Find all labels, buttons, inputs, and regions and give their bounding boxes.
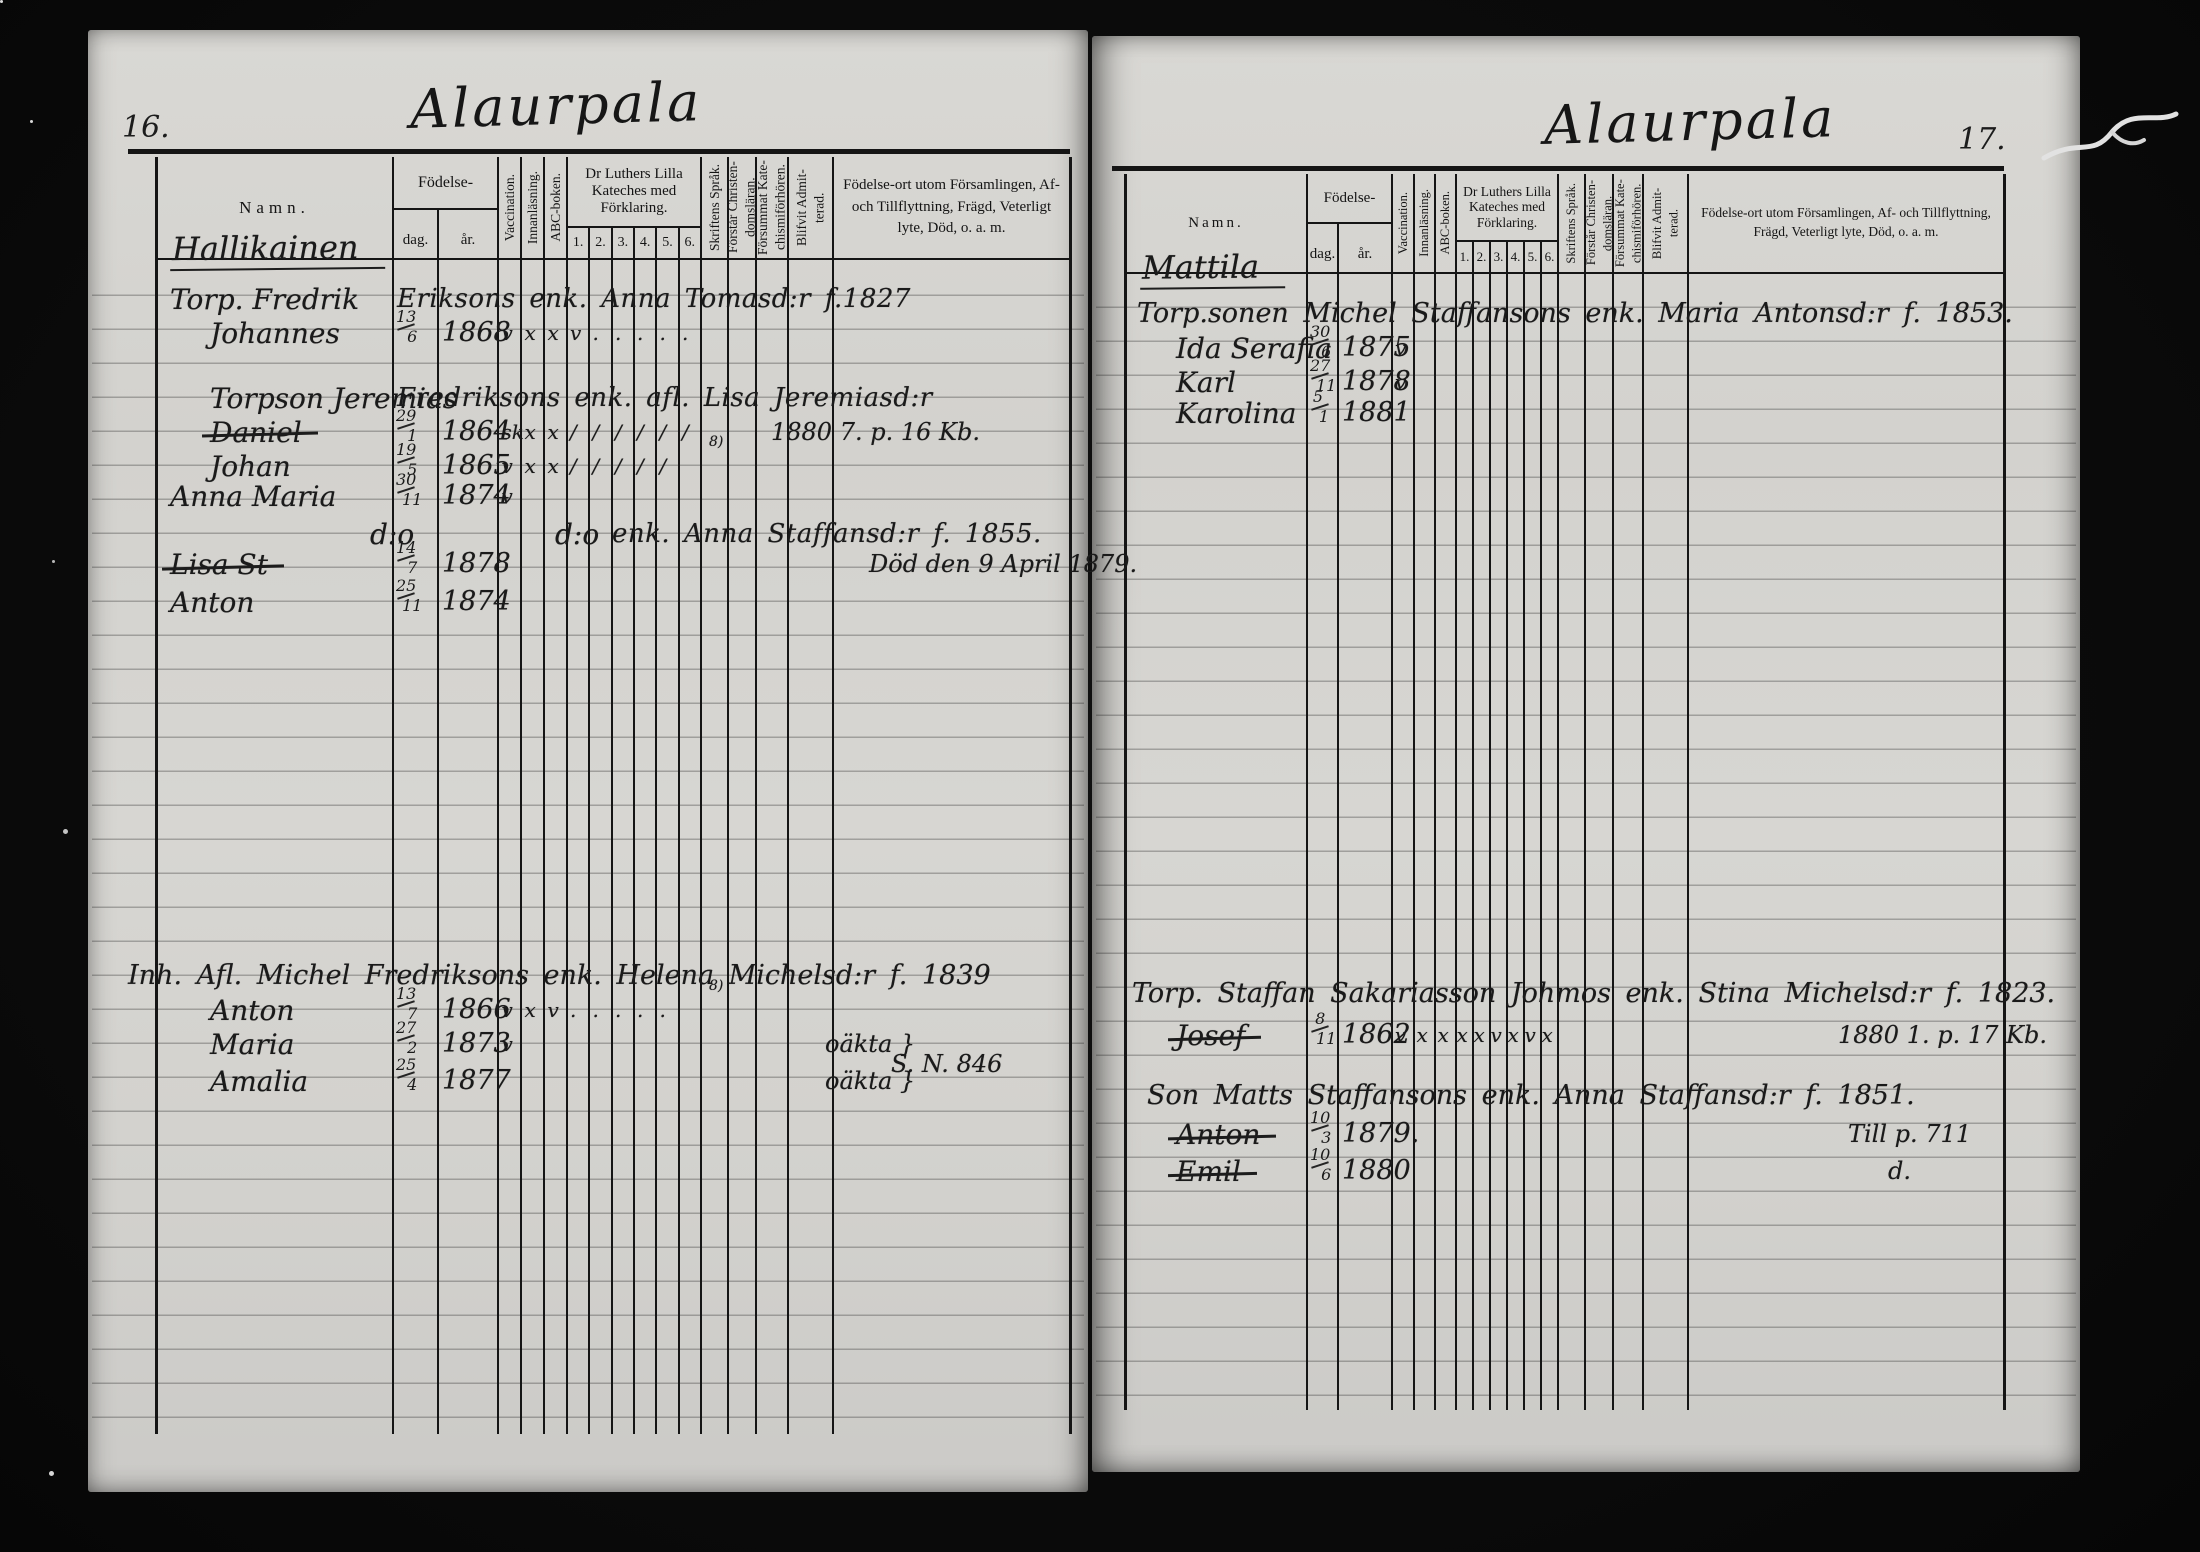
reading-mark: x [548, 454, 559, 478]
page-number-left: 16. [122, 110, 170, 145]
reading-mark: v [502, 998, 513, 1022]
month-denominator: 7 [402, 560, 422, 576]
vaccination-label: Vaccination. [501, 174, 519, 241]
birth-day-fraction: 51 [1313, 389, 1329, 425]
reading-mark: . [570, 998, 576, 1022]
col-header-blifvit-admitterad: Blifvit Admit-terad. [788, 157, 833, 258]
birth-day-fraction: 136 [399, 309, 419, 345]
household-head-span-text: Torp. Staffan Sakariasson Johmos enk. St… [1132, 978, 2055, 1009]
margin-note: Till p. 711 [1848, 1120, 1971, 1148]
column-line [727, 157, 729, 1434]
column-line [2003, 174, 2006, 1410]
person-name: Johan [210, 450, 291, 483]
day-numerator: 25 [396, 578, 416, 594]
col-header-abc-boken: ABC-boken. [1435, 174, 1456, 272]
reading-mark: sk [502, 420, 524, 444]
village-title-left: Alaurpala [409, 70, 703, 141]
reading-mark: . [615, 998, 621, 1022]
column-line [1124, 174, 1127, 1410]
birth-day-fraction: 811 [1313, 1011, 1333, 1047]
reading-mark: / [637, 420, 644, 444]
kateches-col-3: 3. [1490, 240, 1507, 272]
footnote-mark: 8) [709, 978, 723, 994]
reading-mark: x [1542, 1023, 1553, 1047]
birth-year: 1866 [442, 994, 511, 1025]
ruled-lines [1096, 274, 2076, 1414]
household-head-span-text: Son Matts Staffansons enk. Anna Staffans… [1147, 1080, 1915, 1111]
kateches-subcolumns: 1. 2. 3. 4. 5. 6. [567, 226, 701, 258]
day-numerator: 27 [396, 1020, 416, 1036]
column-line [543, 157, 545, 1434]
birth-day-fraction: 103 [1313, 1110, 1333, 1146]
col-header-blifvit-admitterad: Blifvit Admit-terad. [1643, 174, 1688, 272]
reading-mark: . [637, 321, 643, 345]
col-header-forstar-christendomslaran: Förstår Christen-domsläran. [1585, 174, 1613, 272]
kateches-col-4: 4. [634, 226, 656, 258]
kateches-col-5: 5. [656, 226, 678, 258]
column-line [1455, 174, 1457, 1410]
birth-day-fraction: 137 [399, 986, 419, 1022]
spouse-span-text: Eriksons enk. Anna Tomasd:r f.1827 [397, 284, 911, 314]
column-line [1434, 174, 1436, 1410]
blifvit-label: Blifvit Admit-terad. [793, 159, 828, 256]
reading-mark: . [682, 321, 688, 345]
margin-note: d. [1888, 1157, 1911, 1185]
reading-mark: v [502, 321, 513, 345]
reading-mark: / [570, 420, 577, 444]
column-line-kateches [1506, 240, 1508, 1410]
col-header-forstar-christendomslaran: Förstår Christen-domsläran. [728, 157, 756, 258]
ditto-mark: d:o [555, 518, 599, 551]
reading-mark: v [502, 484, 513, 508]
person-name: Johannes [210, 317, 340, 350]
col-header-kateches: Dr Luthers Lilla Kateches med Förklaring… [567, 157, 701, 226]
column-line [1687, 174, 1689, 1410]
col-header-innanlasning: Innanläsning. [521, 157, 544, 258]
ledger-page-left: 16. Alaurpala Namn. Födelse- dag. år. Va… [88, 30, 1088, 1492]
person-name: Ida Serafia [1176, 332, 1332, 365]
kateches-col-2: 2. [589, 226, 611, 258]
skriftens-sprak-label: Skriftens Språk. [706, 164, 724, 251]
reading-mark: / [615, 454, 622, 478]
page-number-right: 17. [1958, 122, 2006, 157]
column-line [1642, 174, 1644, 1410]
birth-day-fraction: 272 [399, 1020, 419, 1056]
day-numerator: 13 [396, 986, 416, 1002]
reading-mark: v [548, 998, 559, 1022]
column-line [1584, 174, 1586, 1410]
person-name: Josef [1176, 1019, 1245, 1052]
reading-mark: . [593, 321, 599, 345]
forsummat-label: Försummat Kate-chismiförhören. [1613, 176, 1643, 270]
reading-mark: v [570, 321, 581, 345]
column-line [700, 157, 702, 1434]
dust-specks [0, 0, 3, 3]
birth-year: 1873 [442, 1028, 511, 1059]
month-denominator: 3 [1316, 1130, 1336, 1146]
person-name: Amalia [210, 1065, 308, 1098]
person-name: Anton [170, 586, 254, 619]
reading-mark: . [637, 998, 643, 1022]
kateches-col-3: 3. [612, 226, 634, 258]
skriftens-sprak-label: Skriftens Språk. [1563, 183, 1579, 264]
birth-year: 1880 [1342, 1155, 1411, 1186]
birth-day-fraction: 3011 [399, 472, 419, 508]
column-line-dag-ar [1337, 222, 1339, 1410]
household-head-span-text: Inh. Afl. Michel Fredriksons enk. Helena… [128, 960, 991, 991]
top-thick-rule [1112, 166, 2004, 171]
person-name: Anton [210, 994, 294, 1027]
footnote-mark: 8) [709, 434, 723, 450]
reading-mark: / [615, 420, 622, 444]
village-title-right: Alaurpala [1543, 86, 1837, 157]
month-denominator: 1 [1316, 409, 1332, 425]
col-header-forsummat-katechismiforhoren: Försummat Kate-chismiförhören. [1613, 174, 1643, 272]
reading-mark: v [1491, 1023, 1502, 1047]
col-header-fodelseort-notes: Födelse-ort utom Församlingen, Af- och T… [833, 157, 1070, 258]
family-surname: Hallikainen [170, 228, 385, 271]
reading-mark: / [637, 454, 644, 478]
col-header-dag: dag. [393, 208, 438, 258]
birth-day-fraction: 254 [399, 1057, 419, 1093]
reading-mark: v [1395, 336, 1406, 360]
reading-mark: v [1525, 1023, 1536, 1047]
reading-mark: x [1474, 1023, 1485, 1047]
reading-mark: / [682, 420, 689, 444]
top-thick-rule [128, 149, 1070, 154]
reading-mark: v [502, 454, 513, 478]
person-name: Karl [1176, 366, 1236, 399]
reading-mark: x [1457, 1023, 1468, 1047]
vaccination-label: Vaccination. [1395, 192, 1411, 254]
column-line-kateches [1523, 240, 1525, 1410]
kateches-col-6: 6. [1541, 240, 1558, 272]
col-header-dag: dag. [1307, 222, 1338, 272]
column-line [497, 157, 499, 1434]
person-name: Anton [1176, 1118, 1260, 1151]
person-name: Karolina [1176, 397, 1297, 430]
month-denominator: 6 [402, 329, 422, 345]
col-header-skriftens-sprak: Skriftens Språk. [1558, 174, 1585, 272]
kateches-col-6: 6. [679, 226, 701, 258]
household-head-span-text: Torp.sonen Michel Staffansons enk. Maria… [1137, 298, 2013, 329]
col-header-vaccination: Vaccination. [498, 157, 521, 258]
person-name: Maria [210, 1028, 294, 1061]
column-line [1612, 174, 1614, 1410]
kateches-col-2: 2. [1473, 240, 1490, 272]
column-line [392, 157, 394, 1434]
reading-mark: x [525, 454, 536, 478]
reading-mark: / [593, 454, 600, 478]
month-denominator: 6 [1316, 1167, 1336, 1183]
column-line-kateches [1489, 240, 1491, 1410]
birth-year: 1868 [442, 317, 511, 348]
col-header-abc-boken: ABC-boken. [544, 157, 567, 258]
month-denominator: 2 [402, 1040, 422, 1056]
kateches-col-1: 1. [1456, 240, 1473, 272]
col-header-forsummat-katechismiforhoren: Försummat Kate-chismiförhören. [756, 157, 788, 258]
column-line [155, 157, 158, 1434]
reading-mark: x [548, 321, 559, 345]
spouse-span-text: enk. Anna Staffansd:r f. 1855. [612, 519, 1042, 549]
forstar-label: Förstår Christen-domsläran. [1585, 176, 1613, 270]
birth-day-fraction: 291 [399, 408, 419, 444]
reading-mark: x [525, 420, 536, 444]
column-line [566, 157, 568, 1434]
reading-mark: x [548, 420, 559, 444]
day-numerator: 19 [396, 442, 416, 458]
col-header-fodelseort-notes: Födelse-ort utom Församlingen, Af- och T… [1688, 174, 2004, 272]
kateches-col-5: 5. [1524, 240, 1541, 272]
reading-mark: . [593, 998, 599, 1022]
month-denominator: 4 [402, 1077, 422, 1093]
forstar-label: Förstår Christen-domsläran. [728, 159, 756, 256]
birth-year: 1874 [442, 586, 511, 617]
person-name: Anna Maria [170, 480, 336, 513]
birth-year: 1878 [442, 548, 511, 579]
margin-note: Död den 9 April 1879. [869, 550, 1137, 578]
month-denominator: 11 [402, 598, 422, 614]
reading-mark: / [660, 454, 667, 478]
reading-mark: x [1508, 1023, 1519, 1047]
person-name: Lisa St [170, 548, 268, 581]
column-line [1413, 174, 1415, 1410]
margin-note: 1880 1. p. 17 Kb. [1838, 1021, 2047, 1049]
paper-fiber-thread [2036, 62, 2186, 192]
column-line [832, 157, 834, 1434]
ledger-page-right: 17. Alaurpala Namn. Födelse- dag. år. Va… [1092, 36, 2080, 1472]
birth-year: 1879. [1342, 1118, 1419, 1149]
innanlasning-label: Innanläsning. [524, 171, 542, 244]
person-name: Daniel [210, 416, 302, 449]
column-line-kateches [1472, 240, 1474, 1410]
margin-note: 1880 7. p. 16 Kb. [771, 418, 980, 446]
reading-mark: / [660, 420, 667, 444]
column-line [1557, 174, 1559, 1410]
birth-day-fraction: 147 [399, 540, 419, 576]
abc-boken-label: ABC-boken. [1437, 191, 1453, 255]
birth-year: 1865 [442, 450, 511, 481]
birth-day-fraction: 2511 [399, 578, 419, 614]
kateches-col-1: 1. [567, 226, 589, 258]
col-header-ar: år. [1338, 222, 1392, 272]
person-name: Emil [1176, 1155, 1241, 1188]
reading-mark: v [502, 1032, 513, 1056]
reading-mark: v [1395, 1023, 1406, 1047]
blifvit-label: Blifvit Admit-terad. [1649, 176, 1682, 270]
column-line [1069, 157, 1072, 1434]
col-header-fodelse: Födelse- [1307, 174, 1392, 222]
col-header-ar: år. [438, 208, 498, 258]
column-line [787, 157, 789, 1434]
abc-boken-label: ABC-boken. [547, 173, 565, 242]
day-numerator: 29 [396, 408, 416, 424]
birth-day-fraction: 106 [1313, 1147, 1333, 1183]
column-line [520, 157, 522, 1434]
month-denominator: 11 [1316, 1031, 1336, 1047]
kateches-subcolumns: 1. 2. 3. 4. 5. 6. [1456, 240, 1558, 272]
forsummat-label: Försummat Kate-chismiförhören. [756, 159, 788, 256]
birth-day-fraction: 306 [1313, 324, 1333, 360]
col-header-kateches: Dr Luthers Lilla Kateches med Förklaring… [1456, 174, 1558, 240]
reading-mark: / [593, 420, 600, 444]
innanlasning-label: Innanläsning. [1416, 189, 1432, 257]
birth-year: 1864 [442, 416, 511, 447]
family-surname: Mattila [1140, 247, 1286, 290]
reading-mark: . [615, 321, 621, 345]
birth-year: 1877 [442, 1065, 511, 1096]
reading-mark: x [1417, 1023, 1428, 1047]
margin-note: oäkta } [825, 1067, 915, 1095]
col-header-fodelse: Födelse- [393, 157, 498, 208]
spouse-span-text: Fredriksons enk. afl. Lisa Jeremiasd:r [397, 383, 933, 413]
reading-mark: v [1395, 370, 1406, 394]
person-name: Torp. Fredrik [170, 283, 359, 316]
fiber-branch [2112, 132, 2144, 143]
scanned-ledger-spread: 16. Alaurpala Namn. Födelse- dag. år. Va… [0, 0, 2200, 1552]
reading-mark: . [660, 321, 666, 345]
fiber-path [2044, 114, 2176, 158]
birth-year: 1881 [1342, 397, 1411, 428]
reading-mark: x [525, 321, 536, 345]
column-line-kateches [1540, 240, 1542, 1410]
birth-year: 1874 [442, 480, 511, 511]
reading-mark: x [525, 998, 536, 1022]
col-header-vaccination: Vaccination. [1392, 174, 1414, 272]
day-numerator: 5 [1310, 389, 1326, 405]
reading-mark: / [570, 454, 577, 478]
month-denominator: 11 [402, 492, 422, 508]
reading-mark: . [660, 998, 666, 1022]
reading-mark: x [1438, 1023, 1449, 1047]
col-header-innanlasning: Innanläsning. [1414, 174, 1435, 272]
col-header-skriftens-sprak: Skriftens Språk. [701, 157, 728, 258]
column-line [755, 157, 757, 1434]
kateches-col-4: 4. [1507, 240, 1524, 272]
